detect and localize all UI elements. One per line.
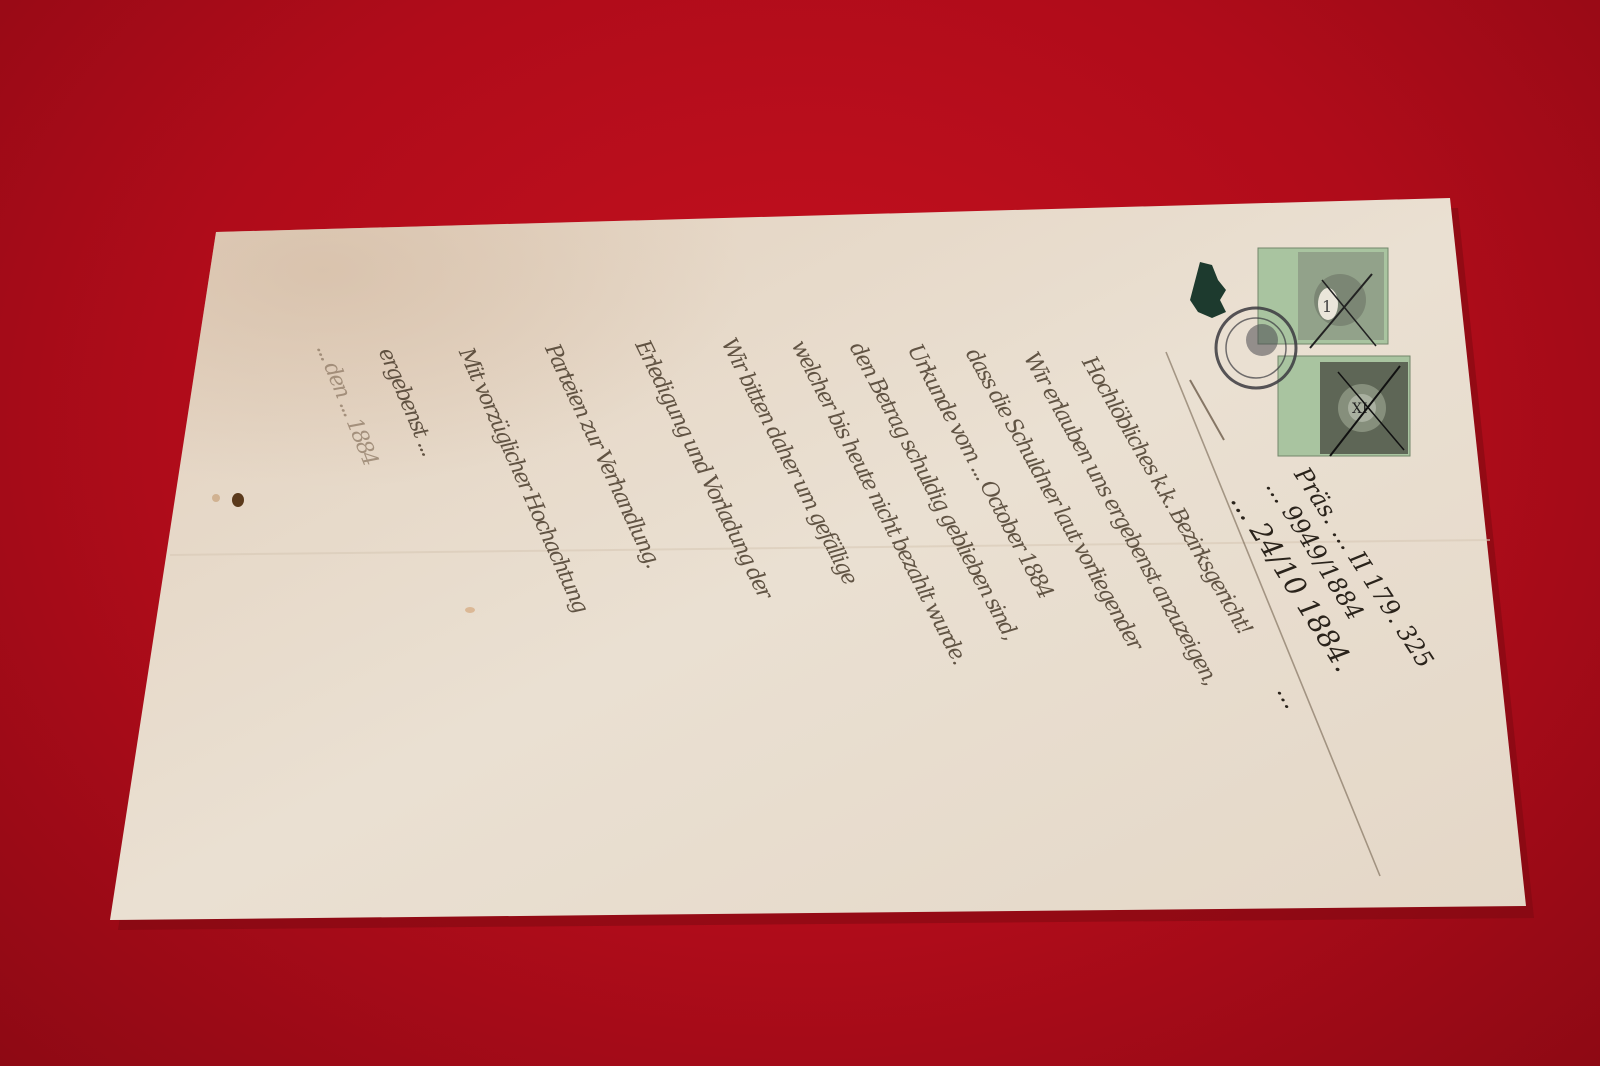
svg-text:1: 1 bbox=[1322, 297, 1332, 316]
photo-scene: 1 XI Hochlöbliches k.k. Bezirksgericht! … bbox=[0, 0, 1600, 1066]
document-paper: 1 XI bbox=[0, 0, 1600, 1066]
ink-spot bbox=[232, 493, 244, 507]
revenue-stamp-bottom: XI bbox=[1278, 356, 1410, 456]
revenue-stamp-top: 1 bbox=[1258, 248, 1388, 348]
